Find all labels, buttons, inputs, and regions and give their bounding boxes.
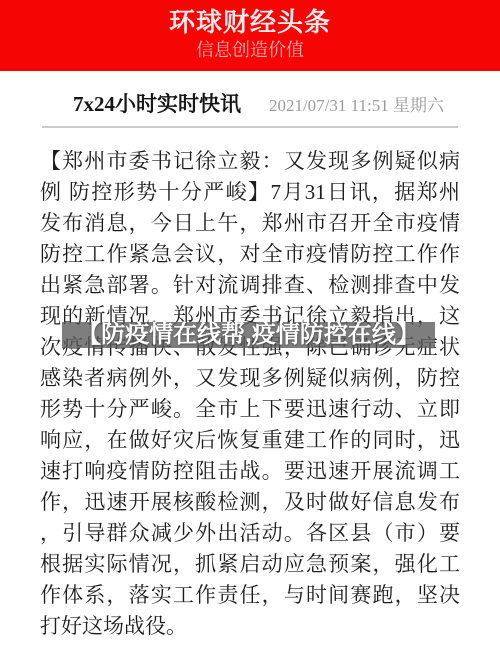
article-line: 发布消息，今日上午，郑州市召开全市疫情 [40,208,460,239]
watermark-banner: 【防疫情在线帮,疫情防控在线】 [62,322,435,348]
article-line: 【郑州市委书记徐立毅：又发现多例疑似病 [40,146,460,177]
article-line: 出紧急部署。针对流调排查、检测排查中发 [40,270,460,301]
article-line: 形势十分严峻。全市上下要迅速行动、立即 [40,394,460,425]
section-title: 7x24小时实时快讯 [73,88,241,118]
article-line: 防控工作紧急会议，对全市疫情防控工作作 [40,239,460,270]
section-info-row: 7x24小时实时快讯 2021/07/31 11:51 星期六 [73,88,444,118]
article-line: 例 防控形势十分严峻】7月31日讯，据郑州 [40,177,460,208]
masthead: 环球财经头条 信息创造价值 [0,0,500,71]
article-line: 速打响疫情防控阻击战。要迅速开展流调工 [40,456,460,487]
article-body: 【郑州市委书记徐立毅：又发现多例疑似病例 防控形势十分严峻】7月31日讯，据郑州… [40,146,460,642]
news-page: 环球财经头条 信息创造价值 7x24小时实时快讯 2021/07/31 11:5… [0,0,500,671]
article-line: 打好这场战役。 [40,611,460,642]
article-line: 响应，在做好灾后恢复重建工作的同时，迅 [40,425,460,456]
divider [42,126,458,128]
timestamp: 2021/07/31 11:51 星期六 [269,91,444,116]
article-line: 根据实际情况，抓紧启动应急预案，强化工 [40,549,460,580]
article-line: 感染者病例外，又发现多例疑似病例，防控 [40,363,460,394]
site-title: 环球财经头条 [0,0,500,39]
watermark-text: 【防疫情在线帮,疫情防控在线】 [77,322,420,348]
article-line: 作体系，落实工作责任，与时间赛跑，坚决 [40,580,460,611]
article-line: 作，迅速开展核酸检测，及时做好信息发布 [40,487,460,518]
site-slogan: 信息创造价值 [0,39,500,61]
article-line: ，引导群众减少外出活动。各区县（市）要 [40,518,460,549]
